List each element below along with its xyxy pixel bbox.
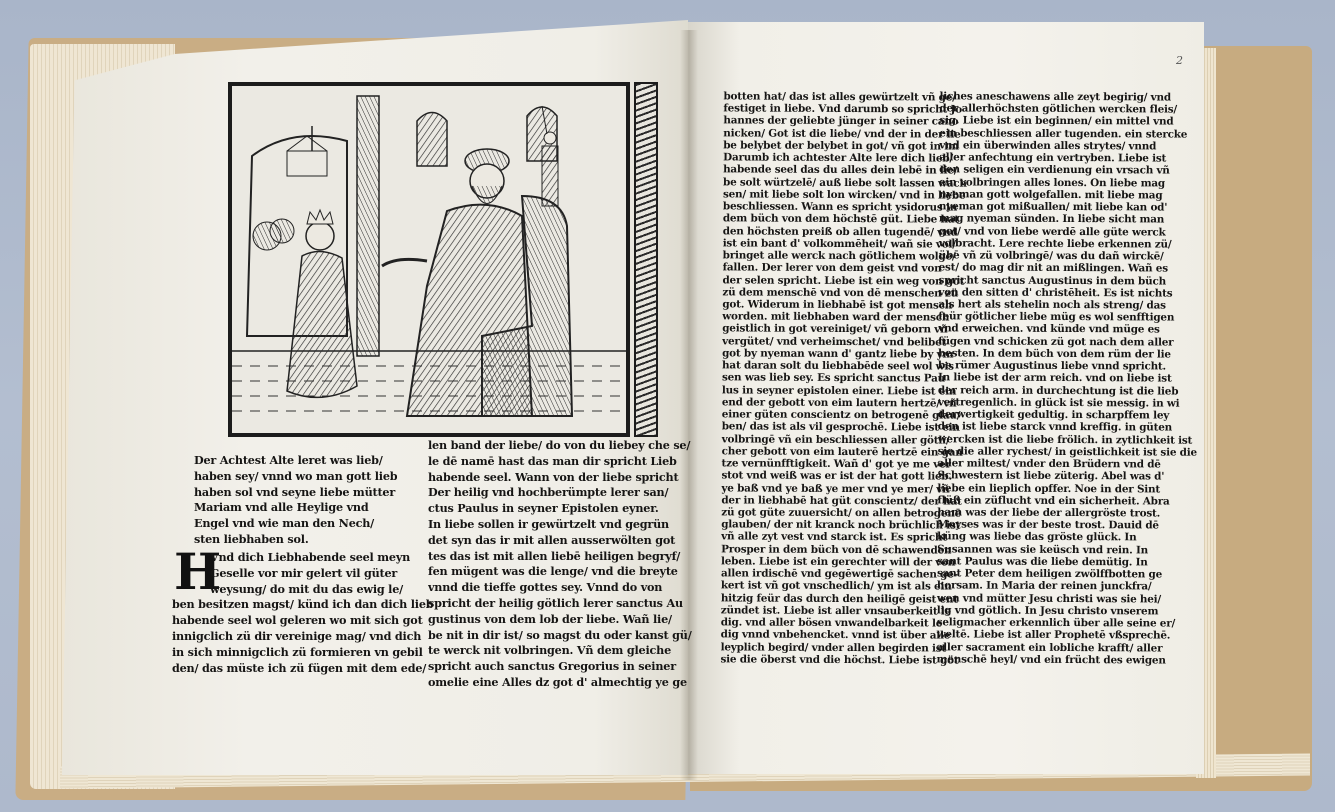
woodcut-drawing-icon xyxy=(232,86,626,433)
text-line: In liebe ist der arm reich. vnd on liebe… xyxy=(938,372,1197,386)
text-line: ben besitzen magst/ künd ich dan dich li… xyxy=(172,597,433,613)
text-line: sig. Liebe ist ein beginnen/ ein mittel … xyxy=(939,115,1198,129)
text-line: Vnd dich Liebhabende seel meyn xyxy=(172,550,433,566)
text-line: vnd erweichen. vnd künde vnd müge es xyxy=(938,323,1197,337)
text-line: vnnd die tieffe gottes sey. Vnnd do von xyxy=(428,580,692,596)
caption-line: Der Achtest Alte leret was lieb/ xyxy=(194,453,397,469)
text-line: menschē heyl/ vnd ein frücht des ewigen xyxy=(936,653,1195,667)
text-line: be nit in dir ist/ so magst du oder kans… xyxy=(428,628,692,644)
text-line: volbringē vñ ein beschliessen aller götl… xyxy=(722,433,966,447)
caption-line: haben sol vnd seyne liebe mütter xyxy=(194,485,397,501)
text-line: küng was liebe das gröste glück. In xyxy=(937,531,1196,545)
text-line: wen vnd mütter Jesu christi was sie hei/ xyxy=(937,592,1196,606)
text-line: tes das ist mit allen liebē heiligen beg… xyxy=(428,549,692,565)
text-line: geistlich in got vereiniget/ vñ geborn v… xyxy=(722,323,966,337)
caption-line: Engel vnd wie man den Nech/ xyxy=(194,516,397,532)
text-line: vñ alle zyt vest vnd starck ist. Es spri… xyxy=(721,531,965,545)
text-line: der selen spricht. Liebe ist ein weg von… xyxy=(722,274,966,288)
caption-line: sten liebhaben sol. xyxy=(194,532,397,548)
text-line: te werck nit volbringen. Vñ dem gleiche xyxy=(428,643,692,659)
left-text-column-1: Vnd dich Liebhabende seel meyn Geselle v… xyxy=(172,550,433,676)
text-line: mag nyeman sünden. In liebe sicht man xyxy=(939,213,1198,227)
text-line: habende seel wol geleren wo mit sich got xyxy=(172,613,433,629)
text-line: be solt würtzelē/ auß liebe solt lassen … xyxy=(723,176,967,190)
text-line: wercken ist die liebe frölich. in zytlic… xyxy=(938,433,1197,447)
text-line: lus in seyner epistolen einer. Liebe ist… xyxy=(722,384,966,398)
text-line: dem büch von dem höchstē güt. Liebe hat xyxy=(723,213,967,227)
text-line: leyplich begird/ vnder allen begirden is… xyxy=(721,641,965,655)
text-line: ye baß vnd ye baß ye mer vnd ye mer/ vñ xyxy=(721,482,965,496)
text-line: ctus Paulus in seyner Epistolen eyner. xyxy=(428,501,692,517)
text-line: in sich minnigclich zü formieren vn gebi… xyxy=(172,645,433,661)
right-text-column-2: liches aneschawens alle zeyt begirig/ vn… xyxy=(936,90,1198,666)
text-line: habende seel. Wann von der liebe spricht xyxy=(428,470,692,486)
text-line: sie die öberst vnd die höchst. Liebe ist… xyxy=(720,653,964,667)
text-line: spricht der heilig götlich lerer sanctus… xyxy=(428,596,692,612)
woodcut-caption: Der Achtest Alte leret was lieb/ haben s… xyxy=(194,453,397,548)
text-line: det syn das ir mit allen ausserwölten go… xyxy=(428,533,692,549)
text-line: der reich arm. in durchechtung ist die l… xyxy=(938,384,1197,398)
right-text-column-1: botten hat/ das ist alles gewürtzelt vñ … xyxy=(720,90,967,666)
text-line: vergütet/ vnd verheimschet/ vnd belibet xyxy=(722,335,966,349)
text-line: den/ das müste ich zü fügen mit dem ede/ xyxy=(172,661,433,677)
text-line: hitzig feür das durch den heiligē geist … xyxy=(721,592,965,606)
text-line: est/ do mag dir nit an mißlingen. Wañ es xyxy=(939,262,1198,276)
text-line: stot vnd weiß was er ist der hat gott li… xyxy=(721,470,965,484)
text-line: den höchsten preiß ob allen tugendē/ vnd xyxy=(723,225,967,239)
text-line: weltē. Liebe ist aller Prophetē vßsprech… xyxy=(937,629,1196,643)
text-line: spricht auch sanctus Gregorius in seiner xyxy=(428,659,692,675)
text-line: hannes der geliebte jünger in seiner can… xyxy=(723,115,967,129)
text-line: Schwestern ist liebe züterig. Abel was d… xyxy=(937,470,1196,484)
text-line: got/ vnd von liebe werdē alle güte werck xyxy=(939,225,1198,239)
text-line: horsam. In Maria der reinen junckfra/ xyxy=(937,580,1196,594)
text-line: kert ist vñ got vnschedlich/ ym ist als … xyxy=(721,580,965,594)
text-line: Geselle vor mir gelert vil güter xyxy=(172,566,433,582)
text-line: sen was lieb sey. Es spricht sanctus Pau xyxy=(722,372,966,386)
text-line: weysung/ do mit du das ewig le/ xyxy=(172,582,433,598)
text-line: den seligen ein verdienung ein vrsach vñ xyxy=(939,164,1198,178)
folio-mark: 2 xyxy=(1176,54,1183,67)
text-line: den ist liebe starck vnnd kreffig. in gü… xyxy=(938,421,1197,435)
text-line: innigclich zü dir vereinige mag/ vnd dic… xyxy=(172,629,433,645)
text-line: omelie eine Alles dz got d' almechtig ye… xyxy=(428,675,692,691)
text-line: spricht sanctus Augustinus in dem büch xyxy=(938,274,1197,288)
text-line: len band der liebe/ do von du liebey che… xyxy=(428,438,692,454)
caption-line: Mariam vnd alle Heylige vnd xyxy=(194,500,397,516)
text-line: fen mügent was die lenge/ vnd die breyte xyxy=(428,564,692,580)
ornamental-foliate-border xyxy=(634,82,658,437)
text-line: Der heilig vnd hochberümpte lerer san/ xyxy=(428,485,692,501)
caption-line: haben sey/ vnnd wo man gott lieb xyxy=(194,469,397,485)
text-line: liebe ein lieplich opffer. Noe in der Si… xyxy=(937,482,1196,496)
text-line: gustinus von dem lob der liebe. Wañ lie/ xyxy=(428,612,692,628)
text-line: ben/ das ist als vil gesprochē. Liebe is… xyxy=(722,421,966,435)
text-line: aller sacrament ein lobliche krafft/ all… xyxy=(937,641,1196,655)
left-text-column-2: len band der liebe/ do von du liebey che… xyxy=(428,438,692,691)
text-line: In liebe sollen ir gewürtzelt vnd gegrün xyxy=(428,517,692,533)
text-line: habende seel das du alles dein lebē in l… xyxy=(723,164,967,178)
text-line: Prosper in dem büch von dē schawenden xyxy=(721,543,965,557)
woodcut-illustration xyxy=(228,82,630,437)
text-line: fallen. Der lerer von dem geist vnd von xyxy=(723,262,967,276)
open-book: Der Achtest Alte leret was lieb/ haben s… xyxy=(0,0,1335,812)
text-line: dig vnnd vnbehencket. vnnd ist über alle xyxy=(721,629,965,643)
text-line: le dē namē hast das man dir spricht Lieb xyxy=(428,454,692,470)
